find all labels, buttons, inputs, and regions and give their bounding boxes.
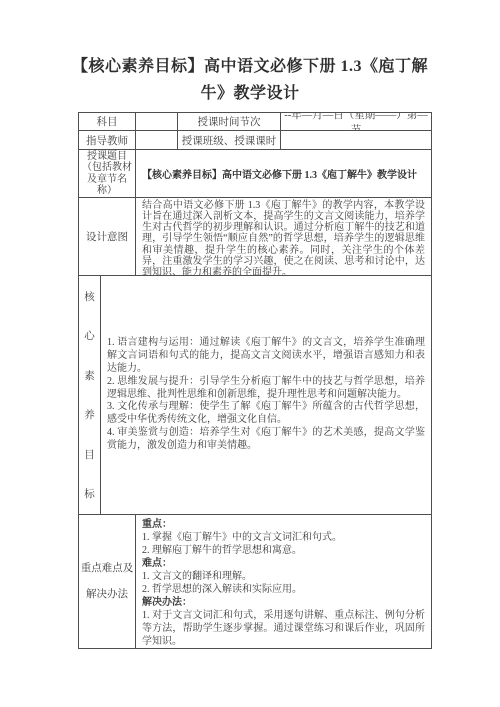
table-row: 设计意图 结合高中语文必修下册 1.3《庖丁解牛》的教学内容，本教学设计旨在通过… [79,198,431,276]
key-points-heading: 难点： [142,557,425,570]
table-row: 科目 授课时间节次 --年—月—日（星期——）第—节 [79,113,431,131]
key-points-value-cell: 重点： 1. 掌握《庖丁解牛》中的文言文词汇和句式。 2. 理解庖丁解牛的哲学思… [136,515,431,648]
teacher-label-cell: 指导教师 [79,131,136,149]
subject-label-cell: 科目 [79,113,136,130]
topic-label-line: 授课题目 [87,151,127,163]
core-goal-item: 1. 语言建构与运用：通过解读《庖丁解牛》的文言文，培养学生准确理解文言词语和句… [107,337,425,375]
page-title: 【核心素养目标】高中语文必修下册 1.3《庖丁解牛》教学设计 [72,53,428,107]
key-points-line: 1. 掌握《庖丁解牛》中的文言文词汇和句式。 [142,531,425,544]
core-goals-label-char: 核 [84,289,95,304]
intent-value-cell: 结合高中语文必修下册 1.3《庖丁解牛》的教学内容，本教学设计旨在通过深入剖析文… [136,198,431,275]
topic-label-line: （包括教材 [82,162,132,174]
key-points-line: 1. 文言文的翻译和理解。 [142,570,425,583]
core-goals-label-char: 心 [84,328,95,343]
key-points-line: 1. 对于文言文词汇和句式，采用逐句讲解、重点标注、例句分析等方法，帮助学生逐步… [142,609,425,648]
key-points-line: 2. 理解庖丁解牛的哲学思想和寓意。 [142,544,425,557]
table-row: 授课题目 （包括教材 及章节名 称） 【核心素养目标】高中语文必修下册 1.3《… [79,150,431,198]
key-points-label-line: 解决办法 [86,589,128,601]
key-points-line: 2. 哲学思想的深入解读和实际应用。 [142,583,425,596]
class-label-cell: 授课班级、授课课时 [178,131,281,149]
topic-value-cell: 【核心素养目标】高中语文必修下册 1.3《庖丁解牛》教学设计 [136,150,431,197]
topic-label-line: 称） [97,185,117,197]
table-row: 重点难点及 解决办法 重点： 1. 掌握《庖丁解牛》中的文言文词汇和句式。 2.… [79,515,431,648]
core-goals-label-char: 养 [84,407,95,422]
key-points-heading: 重点： [142,518,425,531]
class-value-cell [281,131,431,149]
core-goals-label-char: 标 [84,486,95,501]
key-points-heading: 解决办法： [142,596,425,609]
time-label-cell: 授课时间节次 [178,113,281,130]
key-points-label-line: 重点难点及 [81,563,134,575]
core-goal-item: 3. 文化传承与理解：使学生了解《庖丁解牛》所蕴含的古代哲学思想，感受中华优秀传… [107,401,425,427]
key-points-label-cell: 重点难点及 解决办法 [79,515,136,648]
core-goals-label-char: 目 [84,447,95,462]
teacher-value-cell [136,131,178,149]
topic-label-line: 及章节名 [87,174,127,186]
lesson-plan-table: 科目 授课时间节次 --年—月—日（星期——）第—节 指导教师 授课班级、授课课… [78,112,432,649]
core-goal-item: 4. 审美鉴赏与创造：培养学生对《庖丁解牛》的艺术美感，提高文学鉴赏能力，激发创… [107,427,425,453]
intent-label-cell: 设计意图 [79,198,136,275]
topic-label-cell: 授课题目 （包括教材 及章节名 称） [79,150,136,197]
subject-value-cell [136,113,178,130]
core-goals-label-char: 素 [84,368,95,383]
time-value-cell: --年—月—日（星期——）第—节 [281,113,431,130]
core-goals-label-cell: 核 心 素 养 目 标 [79,276,101,514]
table-row: 核 心 素 养 目 标 1. 语言建构与运用：通过解读《庖丁解牛》的文言文，培养… [79,276,431,515]
core-goals-value-cell: 1. 语言建构与运用：通过解读《庖丁解牛》的文言文，培养学生准确理解文言词语和句… [101,276,431,514]
core-goal-item: 2. 思维发展与提升：引导学生分析庖丁解牛中的技艺与哲学思想，培养逻辑思维、批判… [107,376,425,402]
document-page: 【核心素养目标】高中语文必修下册 1.3《庖丁解牛》教学设计 科目 授课时间节次… [0,0,500,707]
table-row: 指导教师 授课班级、授课课时 [79,131,431,150]
